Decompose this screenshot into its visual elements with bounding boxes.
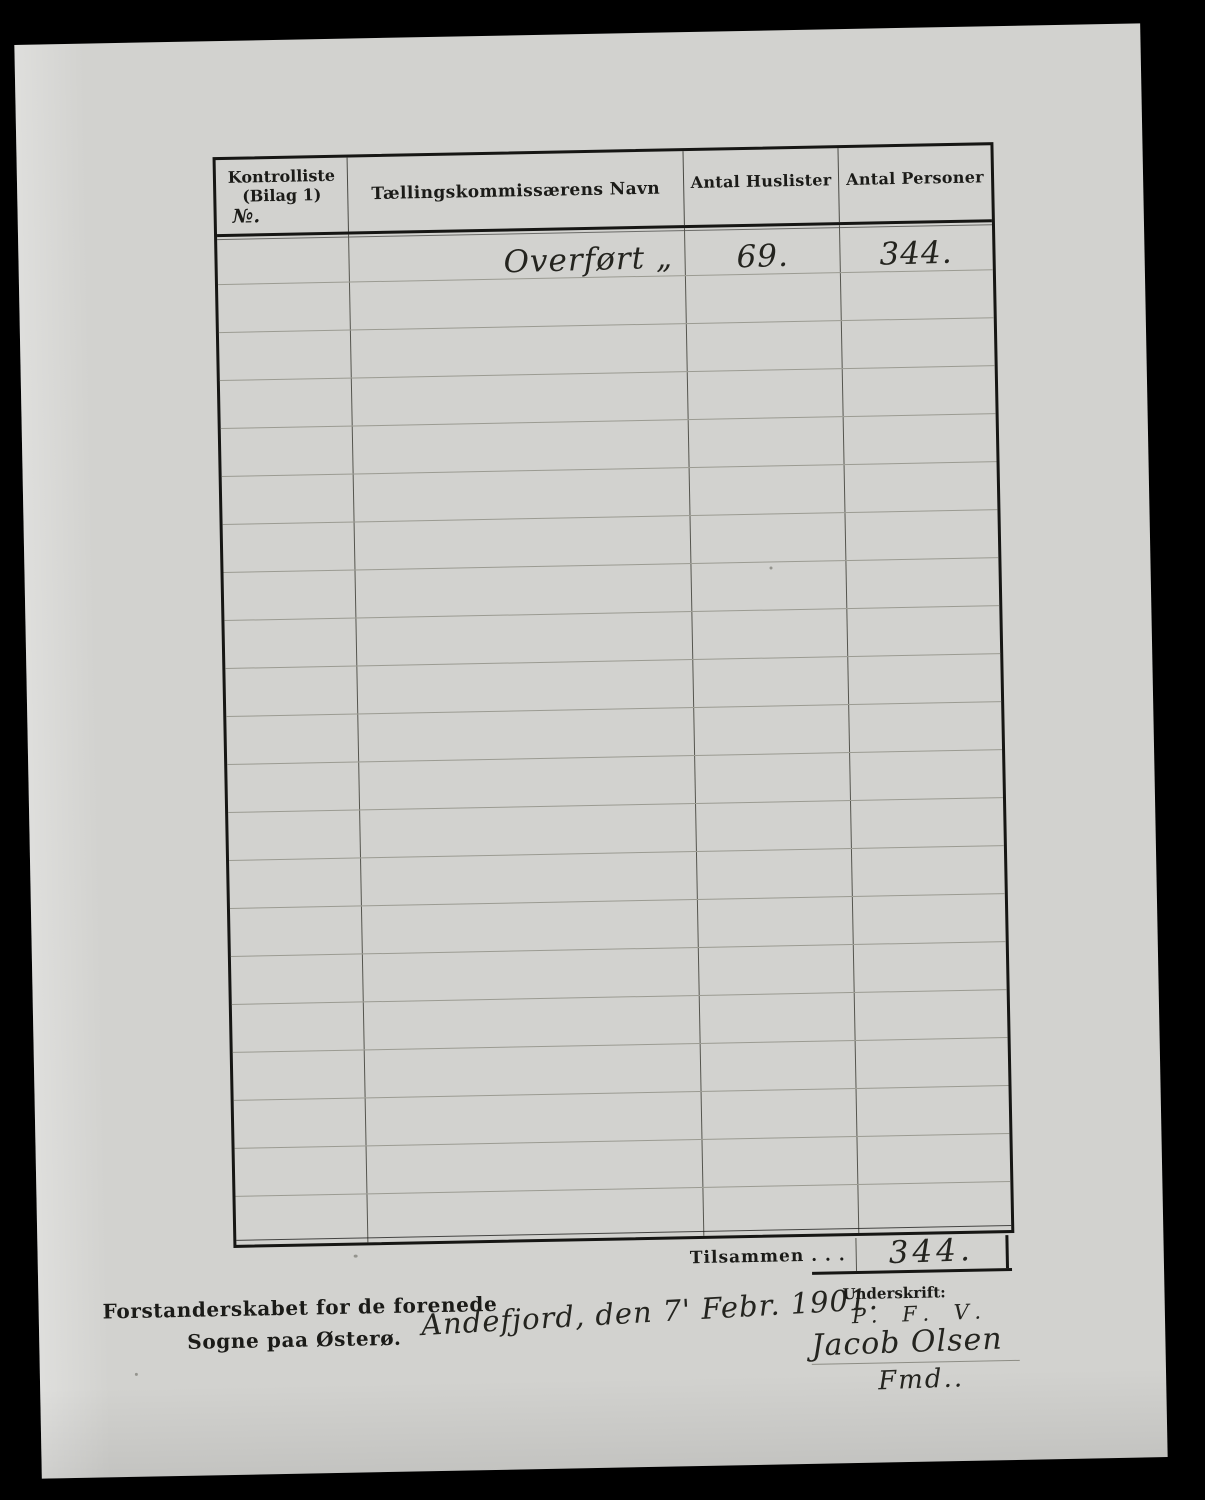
scan-speck <box>354 1255 358 1258</box>
cell-huslister <box>688 417 844 467</box>
cell-huslister <box>696 849 852 899</box>
cell-no <box>227 762 359 812</box>
scan-speck <box>135 1373 138 1376</box>
cell-no <box>217 235 349 285</box>
cell-navn <box>351 372 688 425</box>
cell-navn <box>360 852 697 905</box>
cell-no <box>233 1050 365 1100</box>
cell-navn <box>363 996 700 1049</box>
cell-personer <box>849 750 1003 800</box>
cell-huslister <box>701 1137 857 1187</box>
cell-personer <box>841 318 995 368</box>
cell-navn <box>364 1044 701 1097</box>
cell-no <box>224 571 356 621</box>
cell-personer <box>855 1038 1009 1088</box>
cell-navn: Overført „ <box>348 228 685 281</box>
cell-personer <box>851 846 1005 896</box>
header-kontrolliste-line1: Kontrolliste <box>228 166 336 187</box>
header-number-sign: №. <box>216 204 347 228</box>
signature-role: Fmd.. <box>878 1363 965 1396</box>
cell-personer <box>856 1134 1010 1184</box>
cell-personer: 344. <box>839 222 993 272</box>
cell-navn <box>361 900 698 953</box>
cell-huslister <box>685 273 841 323</box>
header-personer: Antal Personer <box>837 145 991 222</box>
cell-personer <box>842 366 996 416</box>
cell-no <box>234 1098 366 1148</box>
cell-no <box>218 283 350 333</box>
cell-personer <box>856 1086 1010 1136</box>
header-huslister: Antal Huslister <box>683 148 839 225</box>
cell-personer <box>852 894 1006 944</box>
cell-huslister <box>692 657 848 707</box>
cell-navn <box>357 708 694 761</box>
cell-huslister <box>691 609 847 659</box>
cell-personer <box>843 414 997 464</box>
signature-label: Underskrift: <box>842 1283 946 1303</box>
cell-no <box>230 906 362 956</box>
cell-personer <box>840 270 994 320</box>
cell-no <box>221 427 353 477</box>
cell-personer <box>844 510 998 560</box>
cell-no <box>222 475 354 525</box>
cell-huslister <box>689 465 845 515</box>
cell-huslister <box>693 705 849 755</box>
cell-navn <box>359 804 696 857</box>
paper-sheet: Kontrolliste (Bilag 1) №. Tællingskommis… <box>14 23 1167 1478</box>
summary-underline <box>812 1268 1012 1275</box>
cell-huslister <box>699 993 855 1043</box>
handwritten-entry-personer: 344. <box>879 234 953 272</box>
cell-personer <box>847 654 1001 704</box>
cell-no <box>225 666 357 716</box>
cell-no <box>235 1146 367 1196</box>
cell-navn <box>356 660 693 713</box>
summary-total-cell: 344. <box>855 1235 1009 1271</box>
cell-personer <box>850 798 1004 848</box>
cell-navn <box>365 1092 702 1145</box>
cell-navn <box>354 564 691 617</box>
cell-navn <box>354 516 691 569</box>
cell-no <box>220 379 352 429</box>
cell-no <box>232 1002 364 1052</box>
cell-huslister <box>698 945 854 995</box>
cell-huslister <box>687 369 843 419</box>
cell-huslister <box>701 1089 857 1139</box>
cell-no <box>224 618 356 668</box>
cell-no <box>223 523 355 573</box>
cell-huslister: 69. <box>684 225 840 275</box>
cell-huslister <box>694 753 850 803</box>
cell-huslister <box>690 513 846 563</box>
cell-huslister <box>690 561 846 611</box>
cell-navn <box>366 1140 703 1193</box>
cell-navn <box>350 324 687 377</box>
cell-huslister <box>695 801 851 851</box>
handwritten-entry-navn: Overført „ <box>503 239 673 280</box>
cell-personer <box>844 462 998 512</box>
handwritten-entry-huslister: 69. <box>736 237 789 274</box>
cell-personer <box>845 558 999 608</box>
organization-line2: Sogne paa Østerø. <box>187 1326 402 1354</box>
cell-navn <box>352 420 689 473</box>
cell-huslister <box>697 897 853 947</box>
cell-personer <box>854 990 1008 1040</box>
cell-no <box>229 858 361 908</box>
table-body: Overført „69.344. <box>217 222 1011 1245</box>
cell-navn <box>358 756 695 809</box>
cell-no <box>231 954 363 1004</box>
cell-personer <box>853 942 1007 992</box>
header-kontrolliste-line2: (Bilag 1) <box>242 185 321 206</box>
cell-no <box>228 810 360 860</box>
cell-navn <box>362 948 699 1001</box>
summary-label: Tilsammen . . . <box>690 1245 846 1268</box>
scan-speck <box>769 566 772 569</box>
cell-navn <box>349 276 686 329</box>
cell-personer <box>848 702 1002 752</box>
cell-huslister <box>700 1041 856 1091</box>
census-table: Kontrolliste (Bilag 1) №. Tællingskommis… <box>213 142 1015 1248</box>
table-header-row: Kontrolliste (Bilag 1) №. Tællingskommis… <box>216 145 992 237</box>
cell-personer <box>846 606 1000 656</box>
cell-navn <box>355 612 692 665</box>
header-kontrolliste: Kontrolliste (Bilag 1) №. <box>216 158 348 235</box>
summary-total-value: 344. <box>888 1232 974 1271</box>
cell-no <box>226 714 358 764</box>
cell-huslister <box>686 321 842 371</box>
scan-background: Kontrolliste (Bilag 1) №. Tællingskommis… <box>0 0 1205 1500</box>
cell-navn <box>353 468 690 521</box>
signature-name: Jacob Olsen <box>811 1322 1003 1364</box>
cell-no <box>219 331 351 381</box>
header-navn: Tællingskommissærens Navn <box>347 151 684 231</box>
